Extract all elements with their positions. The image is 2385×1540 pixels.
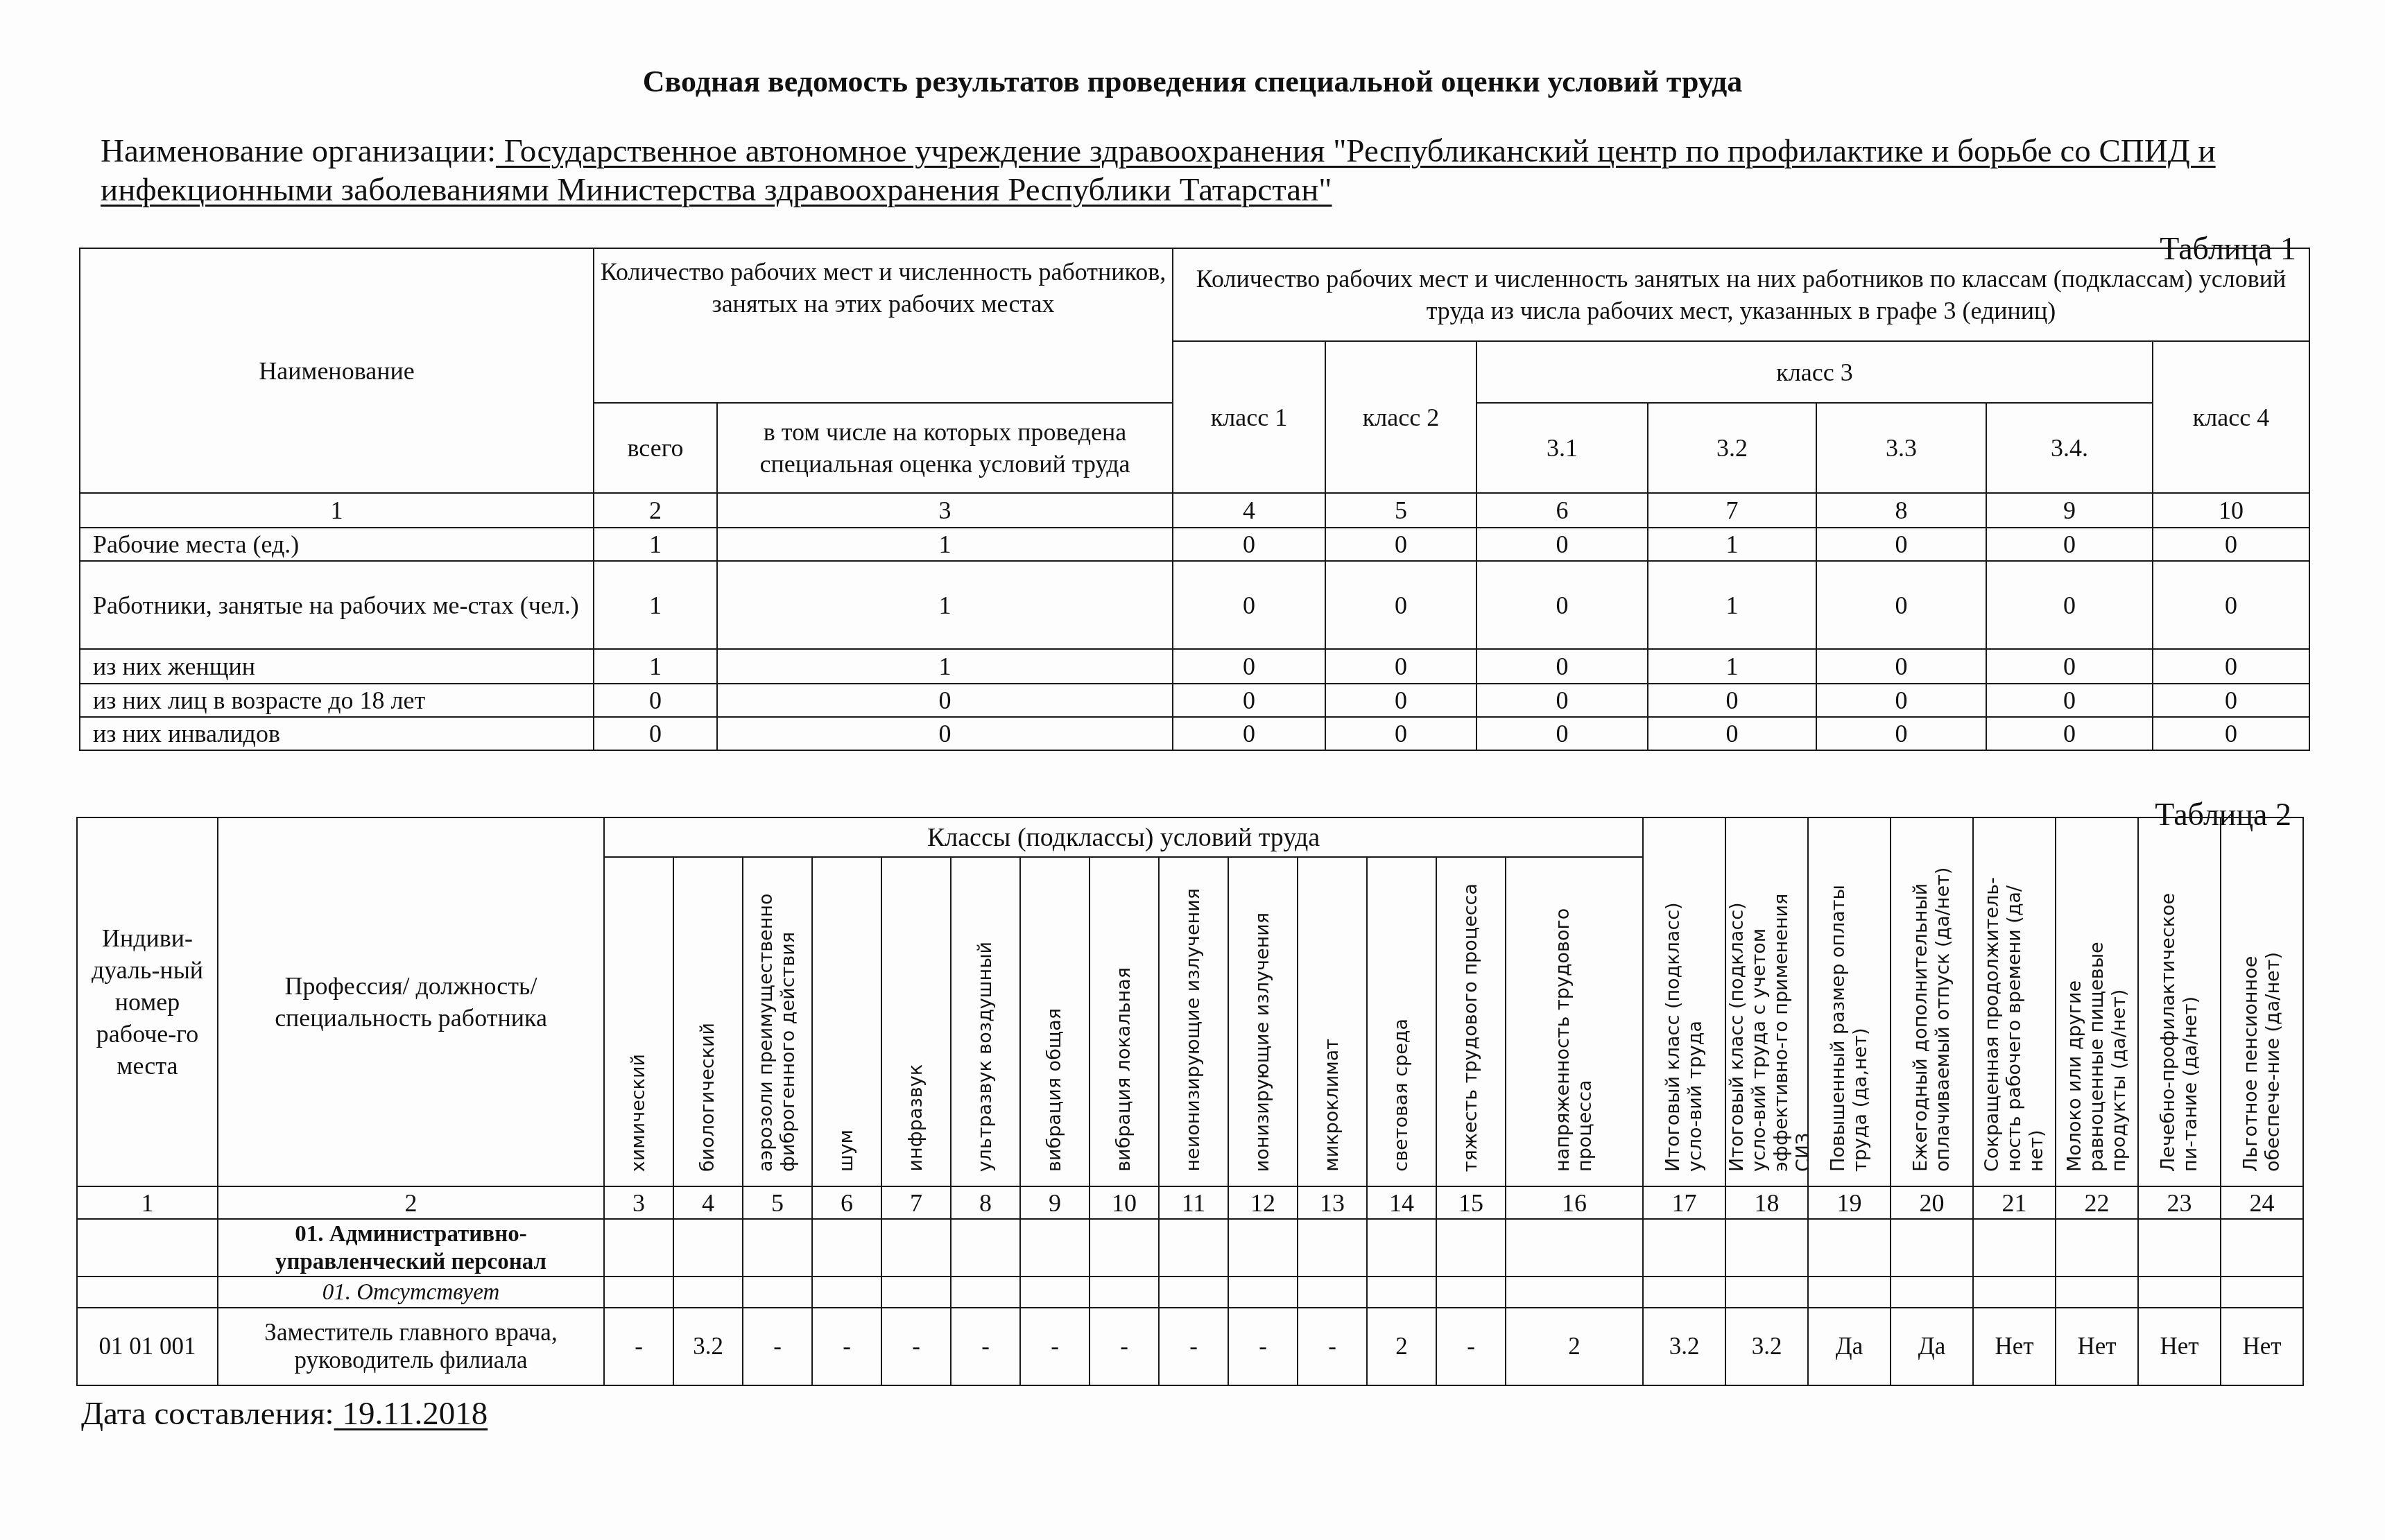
column-number: 10 xyxy=(1090,1186,1159,1219)
header-workplace-id: Индиви-дуаль-ный номер рабоче-го места xyxy=(77,817,218,1186)
row-value: 0 xyxy=(1325,649,1476,684)
row-value: 0 xyxy=(2153,717,2309,750)
header-summary-23: Лечебно-профилактическое пи-тание (да/не… xyxy=(2138,817,2221,1186)
column-number: 3 xyxy=(604,1186,673,1219)
column-number: 6 xyxy=(812,1186,881,1219)
column-number: 24 xyxy=(2221,1186,2303,1219)
column-number: 21 xyxy=(1973,1186,2056,1219)
row-value: 0 xyxy=(1986,649,2153,684)
table-row: из них лиц в возрасте до 18 лет000000000 xyxy=(80,684,2309,717)
header-factor-label: шум xyxy=(836,1130,858,1172)
column-number: 7 xyxy=(881,1186,951,1219)
column-number: 2 xyxy=(218,1186,604,1219)
row-value: 0 xyxy=(1173,717,1325,750)
row-value: 0 xyxy=(1816,717,1986,750)
organization-line: Наименование организации: Государственно… xyxy=(101,132,2250,209)
column-number: 22 xyxy=(2056,1186,2138,1219)
header-factor-label: ультразвук воздушный xyxy=(974,942,997,1172)
column-number: 8 xyxy=(1816,493,1986,528)
header-profession: Профессия/ должность/ специальность рабо… xyxy=(218,817,604,1186)
class-value: - xyxy=(1090,1308,1159,1385)
row-value: 1 xyxy=(1648,528,1816,561)
class-value: - xyxy=(743,1308,812,1385)
header-factor-16: напряженность трудового процесса xyxy=(1506,857,1643,1186)
header-summary-label: Льготное пенсионное обеспече-ние (да/нет… xyxy=(2240,867,2284,1172)
header-factor-11: неионизирующие излучения xyxy=(1159,857,1228,1186)
class-value: Нет xyxy=(2138,1308,2221,1385)
column-number: 1 xyxy=(77,1186,218,1219)
header-factor-8: ультразвук воздушный xyxy=(951,857,1020,1186)
header-classes-group: Количество рабочих мест и численность за… xyxy=(1173,248,2309,341)
row-value: 0 xyxy=(594,684,717,717)
header-factor-label: микроклимат xyxy=(1321,1039,1343,1172)
column-number: 19 xyxy=(1808,1186,1891,1219)
header-factor-label: неионизирующие излучения xyxy=(1182,888,1205,1172)
class-value: 2 xyxy=(1506,1308,1643,1385)
table-row: Рабочие места (ед.)110001000 xyxy=(80,528,2309,561)
row-value: 1 xyxy=(594,528,717,561)
column-number-row: 12345678910 xyxy=(80,493,2309,528)
header-summary-20: Ежегодный дополнительный оплачиваемый от… xyxy=(1891,817,1973,1186)
column-number: 4 xyxy=(673,1186,743,1219)
header-class-4: класс 4 xyxy=(2153,341,2309,493)
header-total: всего xyxy=(594,403,717,493)
column-number: 3 xyxy=(717,493,1173,528)
row-value: 0 xyxy=(1816,561,1986,649)
row-value: 0 xyxy=(2153,528,2309,561)
row-value: 0 xyxy=(1325,528,1476,561)
column-number: 14 xyxy=(1367,1186,1436,1219)
header-workplaces-group: Количество рабочих мест и численность ра… xyxy=(594,248,1173,403)
row-value: 0 xyxy=(1476,561,1648,649)
column-number-row: 123456789101112131415161718192021222324 xyxy=(77,1186,2303,1219)
header-factor-15: тяжесть трудового процесса xyxy=(1436,857,1506,1186)
header-factor-4: биологический xyxy=(673,857,743,1186)
header-factor-label: вибрация локальная xyxy=(1113,967,1135,1172)
row-value: 1 xyxy=(594,561,717,649)
header-factor-9: вибрация общая xyxy=(1020,857,1090,1186)
column-number: 12 xyxy=(1228,1186,1298,1219)
column-number: 17 xyxy=(1643,1186,1725,1219)
row-value: 0 xyxy=(2153,649,2309,684)
group-id-cell xyxy=(77,1219,218,1277)
class-value: Да xyxy=(1891,1308,1973,1385)
header-factor-13: микроклимат xyxy=(1298,857,1367,1186)
row-value: 0 xyxy=(1325,717,1476,750)
column-number: 7 xyxy=(1648,493,1816,528)
row-label: из них инвалидов xyxy=(80,717,594,750)
header-summary-18: Итоговый класс (подкласс) усло-вий труда… xyxy=(1725,817,1808,1186)
header-summary-21: Сокращенная продолжитель-ность рабочего … xyxy=(1973,817,2056,1186)
header-factor-12: ионизирующие излучения xyxy=(1228,857,1298,1186)
header-summary-17: Итоговый класс (подкласс) усло-вий труда xyxy=(1643,817,1725,1186)
class-value: - xyxy=(1159,1308,1228,1385)
header-factor-7: инфразвук xyxy=(881,857,951,1186)
row-value: 0 xyxy=(1173,561,1325,649)
header-name: Наименование xyxy=(80,248,594,493)
row-value: 0 xyxy=(1325,561,1476,649)
header-summary-label: Итоговый класс (подкласс) усло-вий труда xyxy=(1662,867,1707,1172)
row-value: 1 xyxy=(594,649,717,684)
column-number: 23 xyxy=(2138,1186,2221,1219)
class-value: Нет xyxy=(2056,1308,2138,1385)
header-factor-6: шум xyxy=(812,857,881,1186)
class-value: - xyxy=(1298,1308,1367,1385)
header-summary-19: Повышенный размер оплаты труда (да,нет) xyxy=(1808,817,1891,1186)
class-value: - xyxy=(1228,1308,1298,1385)
header-class-3-3: 3.3 xyxy=(1816,403,1986,493)
row-value: 0 xyxy=(1325,684,1476,717)
class-value: Нет xyxy=(1973,1308,2056,1385)
row-value: 0 xyxy=(1816,528,1986,561)
row-value: 0 xyxy=(2153,684,2309,717)
class-value: - xyxy=(604,1308,673,1385)
profession: Заместитель главного врача, руководитель… xyxy=(218,1308,604,1385)
header-summary-label: Ежегодный дополнительный оплачиваемый от… xyxy=(1910,867,1954,1172)
class-value: - xyxy=(951,1308,1020,1385)
header-classes-group: Классы (подклассы) условий труда xyxy=(604,817,1643,857)
table-row: из них инвалидов000000000 xyxy=(80,717,2309,750)
column-number: 9 xyxy=(1986,493,2153,528)
row-value: 0 xyxy=(717,684,1173,717)
row-value: 1 xyxy=(1648,561,1816,649)
column-number: 8 xyxy=(951,1186,1020,1219)
class-value: Да xyxy=(1808,1308,1891,1385)
row-value: 0 xyxy=(1648,684,1816,717)
column-number: 4 xyxy=(1173,493,1325,528)
column-number: 2 xyxy=(594,493,717,528)
column-number: 16 xyxy=(1506,1186,1643,1219)
header-factor-label: инфразвук xyxy=(905,1064,927,1172)
column-number: 9 xyxy=(1020,1186,1090,1219)
header-factor-label: химический xyxy=(628,1054,650,1172)
header-factor-label: вибрация общая xyxy=(1044,1008,1066,1172)
table-row: 01 01 001Заместитель главного врача, рук… xyxy=(77,1308,2303,1385)
row-label: из них лиц в возрасте до 18 лет xyxy=(80,684,594,717)
row-value: 0 xyxy=(594,717,717,750)
class-value: 3.2 xyxy=(1643,1308,1725,1385)
organization-label: Наименование организации: xyxy=(101,133,496,169)
header-class-3-4: 3.4. xyxy=(1986,403,2153,493)
header-summary-24: Льготное пенсионное обеспече-ние (да/нет… xyxy=(2221,817,2303,1186)
subgroup-id-cell xyxy=(77,1277,218,1308)
header-class-3-2: 3.2 xyxy=(1648,403,1816,493)
class-value: 2 xyxy=(1367,1308,1436,1385)
header-summary-label: Лечебно-профилактическое пи-тание (да/не… xyxy=(2158,867,2202,1172)
class-value: 3.2 xyxy=(673,1308,743,1385)
row-value: 0 xyxy=(1816,649,1986,684)
row-value: 0 xyxy=(1816,684,1986,717)
row-value: 0 xyxy=(717,717,1173,750)
header-summary-label: Сокращенная продолжитель-ность рабочего … xyxy=(1981,867,2048,1172)
header-summary-label: Повышенный размер оплаты труда (да,нет) xyxy=(1827,867,1872,1172)
group-row-label: 01. Административно-управленческий персо… xyxy=(218,1219,604,1277)
column-number: 6 xyxy=(1476,493,1648,528)
class-value: - xyxy=(812,1308,881,1385)
row-value: 0 xyxy=(1476,528,1648,561)
column-number: 5 xyxy=(743,1186,812,1219)
header-class-2: класс 2 xyxy=(1325,341,1476,493)
row-label: Рабочие места (ед.) xyxy=(80,528,594,561)
summary-table-2: Индиви-дуаль-ный номер рабоче-го места П… xyxy=(76,817,2304,1386)
class-value: 3.2 xyxy=(1725,1308,1808,1385)
column-number: 5 xyxy=(1325,493,1476,528)
header-summary-label: Молоко или другие равноценные пищевые пр… xyxy=(2064,867,2130,1172)
class-value: - xyxy=(1020,1308,1090,1385)
row-value: 0 xyxy=(1986,717,2153,750)
column-number: 15 xyxy=(1436,1186,1506,1219)
header-assessed: в том числе на которых проведена специал… xyxy=(717,403,1173,493)
row-value: 0 xyxy=(1173,684,1325,717)
row-value: 0 xyxy=(1648,717,1816,750)
header-class-3: класс 3 xyxy=(1476,341,2153,403)
table-row: из них женщин110001000 xyxy=(80,649,2309,684)
header-factor-3: химический xyxy=(604,857,673,1186)
header-factor-label: ионизирующие излучения xyxy=(1252,912,1274,1172)
header-factor-label: тяжесть трудового процесса xyxy=(1460,883,1482,1172)
row-value: 0 xyxy=(1476,649,1648,684)
row-value: 0 xyxy=(1173,528,1325,561)
workplace-id: 01 01 001 xyxy=(77,1308,218,1385)
header-summary-label: Итоговый класс (подкласс) усло-вий труда… xyxy=(1726,867,1808,1172)
header-class-1: класс 1 xyxy=(1173,341,1325,493)
class-value: - xyxy=(1436,1308,1506,1385)
summary-table-1: Наименование Количество рабочих мест и ч… xyxy=(79,248,2310,751)
compilation-date: Дата составления: 19.11.2018 xyxy=(81,1395,488,1433)
column-number: 20 xyxy=(1891,1186,1973,1219)
row-label: из них женщин xyxy=(80,649,594,684)
header-summary-22: Молоко или другие равноценные пищевые пр… xyxy=(2056,817,2138,1186)
header-factor-14: световая среда xyxy=(1367,857,1436,1186)
row-value: 0 xyxy=(1476,684,1648,717)
row-value: 1 xyxy=(1648,649,1816,684)
document-title: Сводная ведомость результатов проведения… xyxy=(0,64,2385,99)
column-number: 11 xyxy=(1159,1186,1228,1219)
header-factor-label: биологический xyxy=(697,1023,719,1172)
header-factor-5: аэрозоли преимущественно фиброгенного де… xyxy=(743,857,812,1186)
subgroup-row-label: 01. Отсутствует xyxy=(218,1277,604,1308)
row-value: 0 xyxy=(1986,561,2153,649)
column-number: 1 xyxy=(80,493,594,528)
column-number: 13 xyxy=(1298,1186,1367,1219)
row-value: 1 xyxy=(717,649,1173,684)
column-number: 10 xyxy=(2153,493,2309,528)
row-label: Работники, занятые на рабочих ме-стах (ч… xyxy=(80,561,594,649)
row-value: 0 xyxy=(1476,717,1648,750)
row-value: 0 xyxy=(1986,528,2153,561)
row-value: 1 xyxy=(717,561,1173,649)
header-factor-label: напряженность трудового процесса xyxy=(1552,867,1596,1172)
row-value: 1 xyxy=(717,528,1173,561)
class-value: - xyxy=(881,1308,951,1385)
column-number: 18 xyxy=(1725,1186,1808,1219)
table-row: Работники, занятые на рабочих ме-стах (ч… xyxy=(80,561,2309,649)
row-value: 0 xyxy=(2153,561,2309,649)
header-class-3-1: 3.1 xyxy=(1476,403,1648,493)
date-label: Дата составления: xyxy=(81,1396,334,1432)
header-factor-10: вибрация локальная xyxy=(1090,857,1159,1186)
row-value: 0 xyxy=(1986,684,2153,717)
date-value: 19.11.2018 xyxy=(334,1396,488,1432)
class-value: Нет xyxy=(2221,1308,2303,1385)
header-factor-label: аэрозоли преимущественно фиброгенного де… xyxy=(755,867,800,1172)
header-factor-label: световая среда xyxy=(1390,1019,1413,1172)
row-value: 0 xyxy=(1173,649,1325,684)
